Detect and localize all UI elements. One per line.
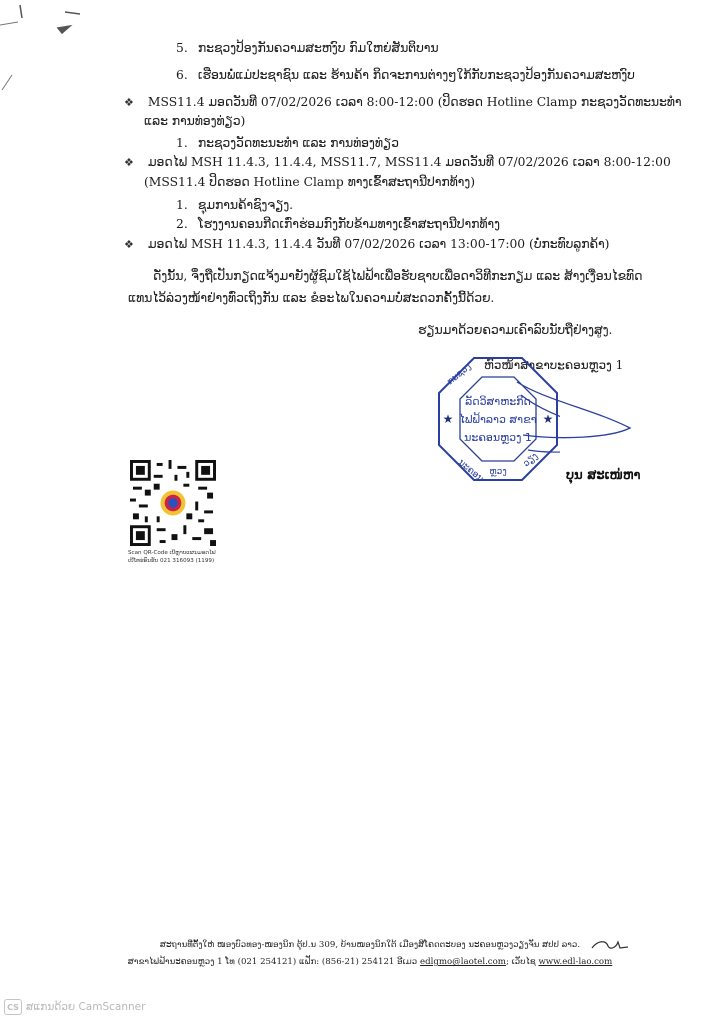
diamond-bullet-icon: ❖: [124, 237, 144, 253]
section-text: ມອດໄຟ MSH 11.4.3, 11.4.4, MSS11.7, MSS11…: [148, 155, 671, 169]
camscanner-watermark: CS ສແກນດ້ວຍ CamScanner: [4, 999, 145, 1015]
section-text-continued: (MSS11.4 ປິດຮອດ Hotline Clamp ທາງເຂົ້າສະ…: [144, 174, 475, 190]
section-text-continued: ແລະ ການທ່ອງທ່ຽວ): [144, 113, 245, 129]
signer-name: ບຸນ ສະເໜ່ຫາ: [566, 468, 640, 483]
item-text: ເຮືອນພໍ່ແມ່ປະຊາຊົນ ແລະ ຮ້ານຄ້າ ກິດຈະການຕ…: [198, 68, 635, 82]
closing-paragraph-line: ແທນໄວ້ລ່ວງໜ້າຢ່າງທົ່ວເຖິງກັນ ແລະ ຂໍອະໄພໃ…: [128, 290, 494, 306]
scan-edge-artifact: [0, 0, 80, 100]
qr-caption: Scan QR-Code ເບີຫຼາບແຜນມອດໄຟ ເບີໂທຮ່ອົນຮ…: [128, 549, 216, 565]
item-text: ກະຊວງປ້ອງກັນຄວາມສະຫງົບ ກົມໃຫຍ່ສັນຕິບານ: [198, 41, 439, 55]
list-item: 6. ເຮືອນພໍ່ແມ່ປະຊາຊົນ ແລະ ຮ້ານຄ້າ ກິດຈະກ…: [176, 67, 635, 83]
section-heading: ❖ ມອດໄຟ MSH 11.4.3, 11.4.4 ວັນທີ 07/02/2…: [124, 236, 609, 253]
footer-address: ສະຖານທີ່ຕັ້ງໃຫ່ ໜອງບົວທອງ-ໜອງນິກ ຕູ້ປ.ນ …: [90, 940, 650, 950]
list-item: 1. ກະຊວງວັດທະນະທຳ ແລະ ການທ່ອງທ່ຽວ: [176, 135, 399, 151]
section-heading: ❖ MSS11.4 ມອດວັນທີ 07/02/2026 ເວລາ 8:00-…: [124, 94, 681, 111]
item-number: 1.: [176, 197, 194, 213]
item-text: ກະຊວງວັດທະນະທຳ ແລະ ການທ່ອງທ່ຽວ: [198, 136, 399, 150]
footer-phone-fax: ສາຂາໄຟຟ້ານະຄອນຫຼວງ 1 ໂທ (021 254121) ແຟັ…: [128, 957, 420, 967]
qr-caption-line: Scan QR-Code ເບີຫຼາບແຜນມອດໄຟ: [128, 549, 216, 557]
website-label: ; ເວັບໄຊ: [506, 957, 538, 967]
website-link[interactable]: www.edl-lao.com: [538, 957, 612, 967]
document-page: 5. ກະຊວງປ້ອງກັນຄວາມສະຫງົບ ກົມໃຫຍ່ສັນຕິບາ…: [0, 0, 711, 1024]
svg-text:ກະຊວງ: ກະຊວງ: [446, 362, 474, 388]
item-number: 1.: [176, 135, 194, 151]
item-number: 6.: [176, 67, 194, 83]
section-text: ມອດໄຟ MSH 11.4.3, 11.4.4 ວັນທີ 07/02/202…: [148, 237, 609, 251]
list-item: 5. ກະຊວງປ້ອງກັນຄວາມສະຫງົບ ກົມໃຫຍ່ສັນຕິບາ…: [176, 40, 439, 56]
closing-paragraph-line: ດັ່ງນັ້ນ, ຈຶ່ງຖືເປັນກຽດແຈ້ງມາຍັງຜູ້ຊົມໃຊ…: [153, 268, 642, 284]
camscanner-logo-icon: CS: [4, 999, 22, 1015]
qr-code[interactable]: [130, 460, 216, 546]
svg-text:ນະຄອນ: ນະຄອນ: [456, 458, 485, 483]
section-text: MSS11.4 ມອດວັນທີ 07/02/2026 ເວລາ 8:00-12…: [148, 95, 682, 109]
regards-line: ຮຽນມາດ້ວຍຄວາມເຄົາລົບນັບຖືຢ່າງສູງ.: [418, 322, 612, 338]
item-text: ຊຸມການຄ້າຊົງຈຽງ.: [198, 198, 293, 212]
qr-caption-line: ເບີໂທຮ່ອົນຮັບ 021 316093 (1199): [128, 557, 216, 565]
svg-text:ຫຼວງ: ຫຼວງ: [489, 467, 506, 477]
svg-text:ວຽງ: ວຽງ: [522, 451, 541, 469]
watermark-label: ສແກນດ້ວຍ CamScanner: [26, 1001, 145, 1013]
svg-text:★: ★: [443, 412, 454, 426]
list-item: 2. ໂຮງງານຄອນກີດເກົ່າຮ່ອມກົງກັບຂ້າມທາງເຂົ…: [176, 216, 500, 232]
list-item: 1. ຊຸມການຄ້າຊົງຈຽງ.: [176, 197, 293, 213]
item-number: 2.: [176, 216, 194, 232]
item-number: 5.: [176, 40, 194, 56]
footer-contact: ສາຂາໄຟຟ້ານະຄອນຫຼວງ 1 ໂທ (021 254121) ແຟັ…: [90, 957, 650, 967]
item-text: ໂຮງງານຄອນກີດເກົ່າຮ່ອມກົງກັບຂ້າມທາງເຂົ້າສ…: [198, 217, 500, 231]
section-heading: ❖ ມອດໄຟ MSH 11.4.3, 11.4.4, MSS11.7, MSS…: [124, 154, 671, 171]
signature-scrawl: [515, 380, 635, 450]
diamond-bullet-icon: ❖: [124, 95, 144, 111]
email-link[interactable]: edlgmo@laotel.com: [420, 957, 506, 967]
footer-initials: [590, 938, 630, 954]
diamond-bullet-icon: ❖: [124, 155, 144, 171]
